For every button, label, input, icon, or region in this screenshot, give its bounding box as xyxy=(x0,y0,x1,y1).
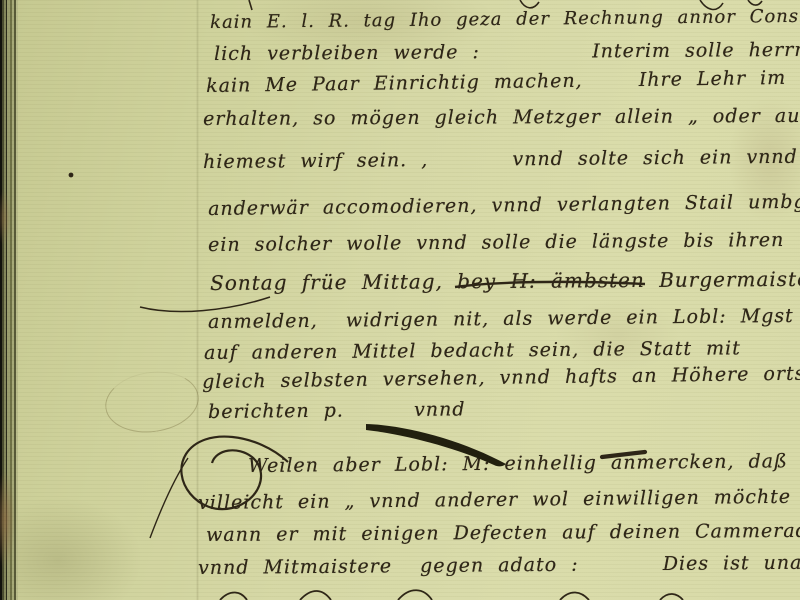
manuscript-line: auf anderen Mittel bedacht sein, die Sta… xyxy=(204,337,741,364)
manuscript-line: Weilen aber Lobl: M: einhellig anmercken… xyxy=(248,450,788,477)
manuscript-line: lich verbleiben werde : Interim solle he… xyxy=(214,39,800,65)
manuscript-line: Sontag früe Mittag, bey H: ämbsten Burge… xyxy=(210,267,800,295)
manuscript-line: berichten p. vnnd xyxy=(208,398,466,423)
manuscript-line: erhalten, so mögen gleich Metzger allein… xyxy=(203,105,800,130)
manuscript-photo: kain E. l. R. tag Iho geza der Rechnung … xyxy=(0,0,800,600)
manuscript-line: wann er mit einigen Defecten auf deinen … xyxy=(206,520,800,546)
book-binding xyxy=(0,0,18,600)
